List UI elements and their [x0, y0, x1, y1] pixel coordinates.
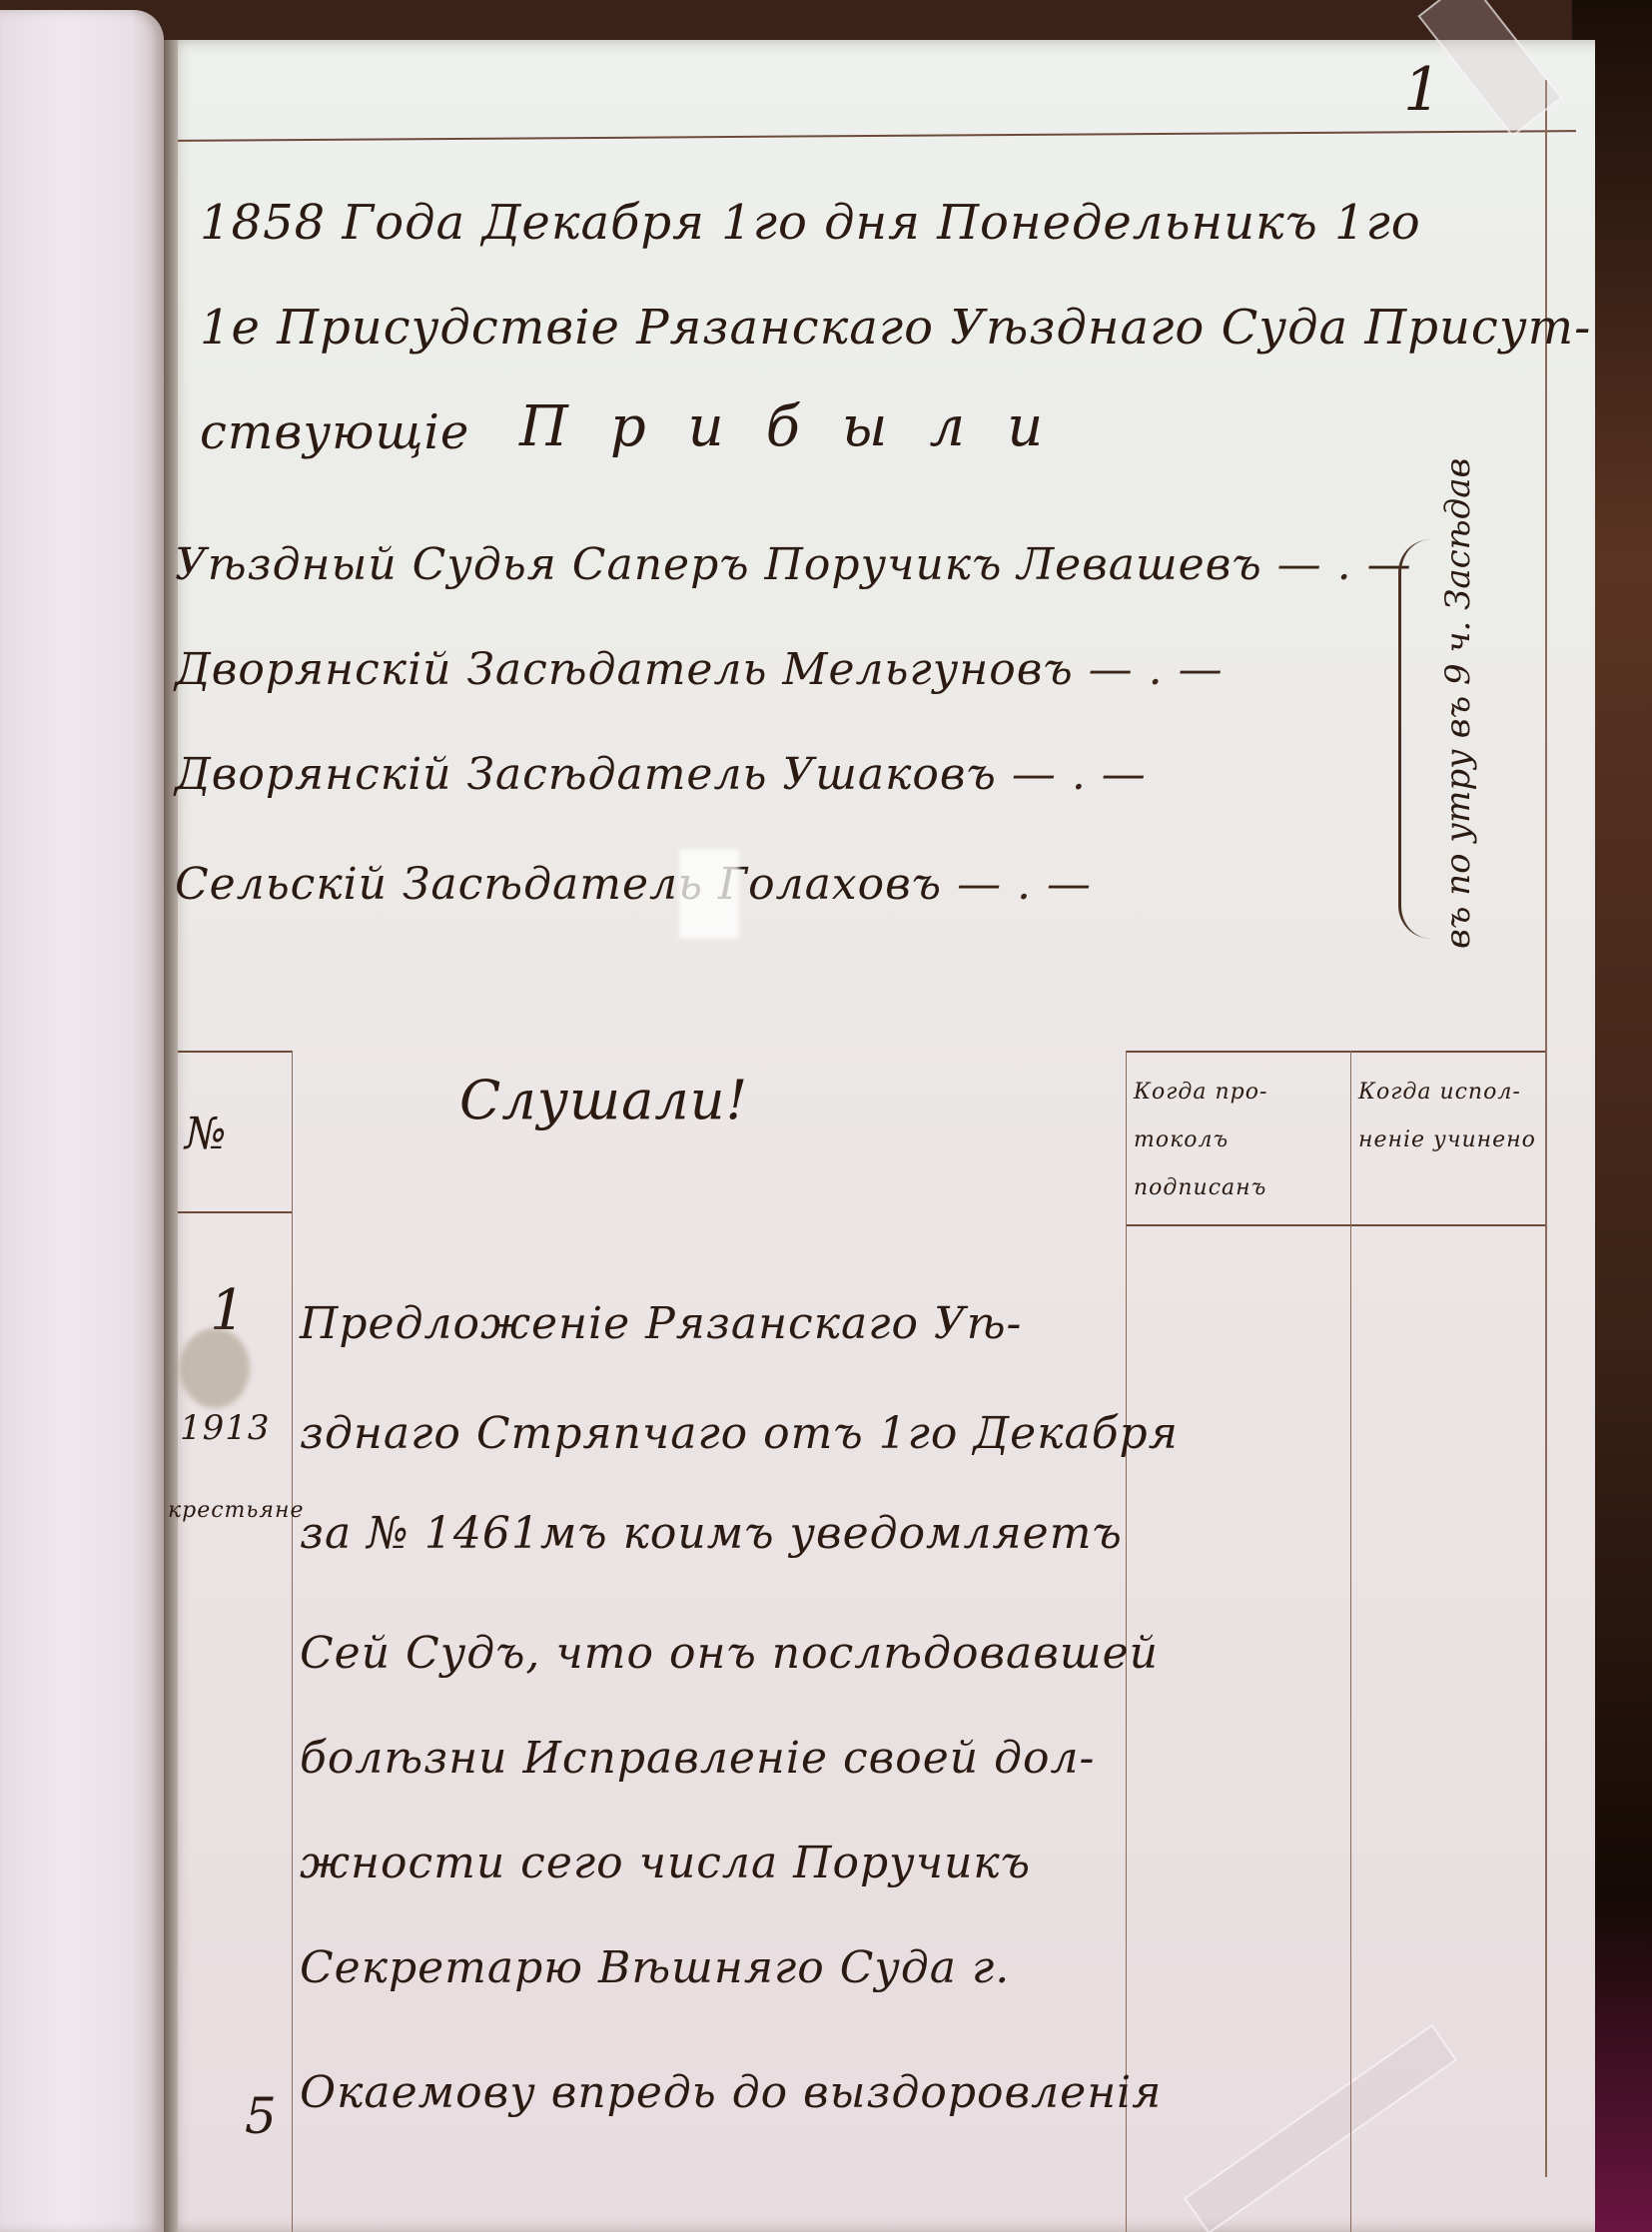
entry-line: Секретарю Вѣшняго Суда г. [300, 1942, 1010, 1993]
execution-column-line [1350, 1051, 1351, 2232]
number-column-line [292, 1051, 293, 2232]
book-gutter [164, 40, 178, 2232]
attendee-text: Уѣздный Судья Саперъ Поручикъ Левашевъ [175, 539, 1262, 590]
ink-stain [180, 1328, 250, 1408]
attendee-text: Дворянскій Засѣдатель Мельгуновъ [175, 644, 1074, 695]
entry-line: Сей Судъ, что онъ послѣдовавшей [300, 1628, 1159, 1679]
header-date-line: 1858 Года Декабря 1го дня Понедельникъ 1… [200, 195, 1421, 251]
margin-brace [1398, 539, 1431, 939]
header-protocol-signed: Когда про-токолъ подписанъ [1134, 1069, 1343, 1212]
margin-note-vertical: въ по утру въ 9 ч. Засѣдав [1438, 429, 1478, 949]
entry-margin-ref: 1913 [180, 1408, 271, 1448]
attendee-row: Дворянскій Засѣдатель Мельгуновъ — . — [175, 644, 1224, 695]
attendee-row: Сельскій Засѣдатель Голаховъ — . — [175, 859, 1092, 910]
entry-line: болѣзни Исправленіе своей дол- [300, 1733, 1095, 1784]
header-present-prefix: ствующіе [200, 404, 469, 460]
attendee-dashes: — . — [957, 859, 1092, 910]
entry-page-ref: 5 [245, 2087, 278, 2145]
attendee-text: Сельскій Засѣдатель Голаховъ [175, 859, 942, 910]
left-page-fold [0, 10, 164, 2232]
page-number: 1 [1403, 55, 1442, 125]
attendee-text: Дворянскій Засѣдатель Ушаковъ [175, 749, 997, 800]
paper-damage-patch [679, 849, 739, 939]
attendee-dashes: — . — [1089, 644, 1224, 695]
attendee-row: Дворянскій Засѣдатель Ушаковъ — . — [175, 749, 1147, 800]
entry-line: Предложеніе Рязанскаго Уѣ- [300, 1298, 1022, 1349]
right-margin-line [1545, 80, 1547, 2177]
header-court-line: 1е Присудствіе Рязанскаго Уѣзднаго Суда … [200, 300, 1591, 356]
table-top-rule-left [178, 1051, 293, 1053]
header-present-title: Прибыли [519, 394, 1085, 459]
entry-line: Окаемову впредь до выздоровленія [300, 2067, 1162, 2118]
attendee-dashes: — . — [1012, 749, 1147, 800]
header-number: № [185, 1109, 228, 1159]
attendee-row: Уѣздный Судья Саперъ Поручикъ Левашевъ —… [175, 539, 1412, 590]
header-execution-done: Когда испол-неніе учинено [1358, 1069, 1538, 1164]
table-header-bottom-right [1126, 1224, 1545, 1226]
entry-line: за № 1461мъ коимъ уведомляетъ [300, 1508, 1123, 1559]
table-header-bottom-left [178, 1211, 293, 1213]
entry-line: жности сего числа Поручикъ [300, 1838, 1031, 1888]
entry-line: зднаго Стряпчаго отъ 1го Декабря [300, 1408, 1179, 1459]
header-heard: Слушали! [459, 1069, 748, 1131]
table-top-rule-right [1126, 1051, 1545, 1053]
attendee-dashes: — . — [1277, 539, 1412, 590]
entry-margin-note: крестьяне [168, 1498, 304, 1523]
